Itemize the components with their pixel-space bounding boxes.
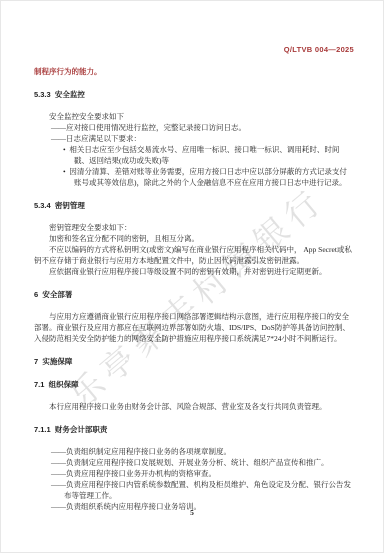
- list-item-bullet: • 因清分清算、差错对账等业务需要，应用方接口日志中应以部分屏蔽的方式记录支付账…: [34, 166, 354, 188]
- paragraph: 加密和签名宜分配不同的密钥，且相互分离。: [34, 233, 354, 244]
- doc-number: Q/LTVB 004—2025: [34, 45, 354, 55]
- page-number: 5: [1, 507, 383, 518]
- document-page: 乐亭聚丰村镇银行 Q/LTVB 004—2025 制程序行为的能力。5.3.3 …: [0, 0, 384, 553]
- section-heading: 7.1.1 财务会计部职责: [34, 424, 354, 435]
- section-heading: 5.3.3 安全监控: [34, 89, 354, 100]
- paragraph: 本行应用程序接口业务由财务会计部、风险合规部、营业室及各支行共同负责管理。: [34, 401, 354, 412]
- section-heading: 5.3.4 密钥管理: [34, 200, 354, 211]
- document-body: 制程序行为的能力。5.3.3 安全监控安全监控安全要求如下——应对接口使用情况进…: [34, 66, 354, 512]
- section-heading: 7 实施保障: [34, 356, 354, 367]
- list-item-dash: ——应对接口使用情况进行监控，完整记录接口访问日志。: [34, 122, 354, 133]
- list-item-bullet: • 相关日志应至少包括交易流水号、应用唯一标识、接口唯一标识、调用耗时、时间戳、…: [34, 144, 354, 166]
- paragraph-highlighted: 制程序行为的能力。: [34, 66, 354, 77]
- list-item-dash: ——负责制定应用程序接口发展规划、开展业务分析、统计、组织产品宣传和推广。: [34, 457, 354, 468]
- section-heading: 6 安全部署: [34, 289, 354, 300]
- list-item-dash: ——负责应用程序接口业务开办机构的资格审查。: [34, 468, 354, 479]
- list-item-dash: ——负责组织制定应用程序接口业务的各项规章制度。: [34, 446, 354, 457]
- paragraph: 应依据商业银行应用程序接口等级设置不同的密钥有效期，并对密钥进行定期更新。: [34, 266, 354, 277]
- paragraph: 不应以编码的方式将私钥明文(或密文)编写在商业银行应用程序相关代码中， App …: [34, 244, 354, 266]
- list-item-dash: ——负责应用程序接口内管系统参数配置、机构及柜员维护、角色设定及分配、银行公告发…: [34, 479, 354, 501]
- paragraph: 安全监控安全要求如下: [34, 111, 354, 122]
- section-heading: 7.1 组织保障: [34, 379, 354, 390]
- list-item-dash: ——日志应满足以下要求：: [34, 133, 354, 144]
- paragraph: 密钥管理安全要求如下：: [34, 222, 354, 233]
- paragraph: 与应用方应遵循商业银行应用程序接口网络部署逻辑结构示意图，进行应用程序接口的安全…: [34, 311, 354, 344]
- page-content: Q/LTVB 004—2025 制程序行为的能力。5.3.3 安全监控安全监控安…: [34, 45, 354, 512]
